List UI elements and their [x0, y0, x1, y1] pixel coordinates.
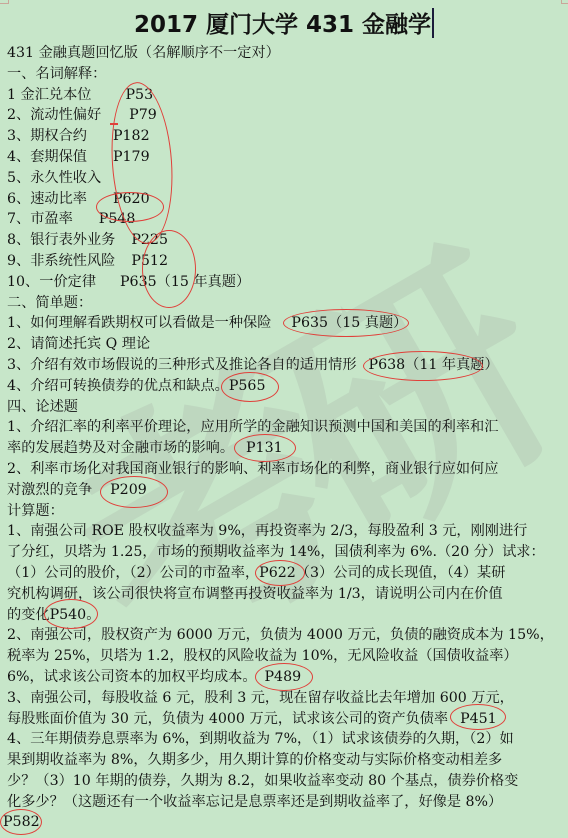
essay-item-2-line-2: 对激烈的竞争P209	[7, 480, 563, 501]
term-item-1: 1 金汇兑本位P53	[7, 85, 563, 106]
essay-item-1-line-1: 1、介绍汇率的利率平价理论，应用所学的金融知识预测中国和美国的利率和汇	[7, 417, 563, 438]
essay-item-1-line-2: 率的发展趋势及对金融市场的影响。P131	[7, 438, 563, 459]
term-text: 套期保值	[30, 149, 87, 165]
question-text: 每股账面价值为 30 元，负债为 4000 万元，试求该公司的资产负债率	[7, 711, 448, 727]
calc-q4-line-2: 果到期收益率为 8%，久期多少，用久期计算的价格变动与实际价格变动相差多	[7, 750, 563, 771]
term-text: 期权合约	[30, 128, 87, 144]
page-ref-text: P209	[110, 482, 147, 498]
term-item-9: 9、非系统性风险P512	[7, 251, 563, 272]
term-text: 速动比率	[30, 191, 87, 207]
title-text: 2017 厦门大学 431 金融学	[134, 12, 431, 38]
calc-q1-line-2: 了分红，贝塔为 1.25，市场的预期收益率为 14%，国债利率为 6%.（20 …	[7, 542, 563, 563]
term-item-4: 4、套期保值P179	[7, 147, 563, 168]
page-ref: P489	[265, 667, 302, 688]
question-text: （1）公司的股价，（2）公司的市盈率，	[7, 565, 259, 581]
term-item-8: 8、银行表外业务P225	[7, 230, 563, 251]
item-note: （15 年真题）	[157, 274, 251, 290]
short-answer-item-3: 3、介绍有效市场假说的三种形式及推论各自的适用情形P638（11 年真题）	[7, 355, 563, 376]
term-text: 金汇兑本位	[21, 87, 92, 103]
question-text: 6%，试求该公司资本的加权平均成本。	[7, 669, 257, 685]
section-heading-terms: 一、名词解释：	[7, 64, 563, 85]
page-ref: P540	[50, 605, 87, 626]
page-ref: P548	[99, 211, 136, 227]
subtitle: 431 金融真题回忆版（名解顺序不一定对）	[7, 43, 563, 64]
term-item-2: 2、流动性偏好P79	[7, 105, 563, 126]
term-text: 永久性收入	[30, 170, 101, 186]
item-number: 4、	[7, 149, 30, 165]
term-text: 一价定律	[39, 274, 96, 290]
page-ref-text: P540	[50, 607, 87, 623]
page-ref: P635	[120, 274, 157, 290]
calc-q4-line-1: 4、三年期债券息票率为 6%，到期收益为 7%，（1）试求该债券的久期，（2）如	[7, 729, 563, 750]
page-ref-text: P451	[460, 711, 497, 727]
page-ref: P582	[3, 812, 40, 833]
calc-q1-line-4: 究机构调研，该公司很快将宣布调整再投资收益率为 1/3，请说明公司内在价值	[7, 584, 563, 605]
page-ref-text: P635（15 真题）	[291, 315, 407, 331]
essay-item-2-line-1: 2、利率市场化对我国商业银行的影响、利率市场化的利弊，商业银行应如何应	[7, 459, 563, 480]
page-ref: P638（11 年真题）	[369, 355, 499, 376]
document-title[interactable]: 2017 厦门大学 431 金融学	[0, 6, 568, 39]
page-ref: P225	[131, 232, 168, 248]
term-item-3: 3、期权合约P182	[7, 126, 563, 147]
page-ref: P79	[129, 107, 157, 123]
section-heading-short-answer: 二、简单题：	[7, 293, 563, 314]
term-item-7: 7、市盈率P548	[7, 209, 563, 230]
item-number: 10、	[7, 274, 39, 290]
calc-q1-line-5: 的变化P540。	[7, 605, 563, 626]
short-answer-item-1: 1、如何理解看跌期权可以看做是一种保险P635（15 真题）	[7, 313, 563, 334]
calc-q4-line-3: 少？（3）10 年期的债券，久期为 8.2，如果收益率变动 80 个基点，债券价…	[7, 771, 563, 792]
page-ref-text: P565	[229, 378, 266, 394]
page-corner-mark-right	[561, 0, 568, 4]
page-ref-text: P638（11 年真题）	[369, 357, 499, 373]
page-ref-text: P622	[259, 565, 296, 581]
page-ref-text: P131	[246, 440, 283, 456]
question-text: 的变化	[7, 607, 50, 623]
item-number: 5、	[7, 170, 30, 186]
page-ref-text: P582	[3, 814, 40, 830]
question-text: 4、介绍可转换债券的优点和缺点。	[7, 378, 229, 394]
term-text: 银行表外业务	[30, 232, 115, 248]
page-ref: P53	[126, 87, 154, 103]
item-number: 8、	[7, 232, 30, 248]
term-text: 市盈率	[30, 211, 73, 227]
calc-q1-line-1: 1、南强公司 ROE 股权收益率为 9%，再投资率为 2/3，每股盈利 3 元，…	[7, 521, 563, 542]
page-ref: P565	[229, 376, 266, 397]
calc-q3-line-1: 3、南强公司，每股收益 6 元，股利 3 元，现在留存收益比去年增加 600 万…	[7, 688, 563, 709]
page-ref: P620	[113, 191, 150, 207]
annotation-tick-mark	[110, 123, 118, 125]
item-number: 3、	[7, 128, 30, 144]
term-text: 非系统性风险	[30, 253, 115, 269]
page-ref: P209	[110, 480, 147, 501]
page-ref: P179	[113, 149, 150, 165]
term-item-5: 5、永久性收入	[7, 168, 563, 189]
calc-q4-line-5: P582	[7, 812, 563, 833]
term-item-6: 6、速动比率P620	[7, 189, 563, 210]
punctuation: 。	[86, 607, 100, 623]
page-ref: P622	[259, 563, 296, 584]
calc-q2-line-1: 2、南强公司，股权资产为 6000 万元，负债为 4000 万元，负债的融资成本…	[7, 625, 563, 646]
question-text: 对激烈的竞争	[7, 482, 92, 498]
document-body[interactable]: 431 金融真题回忆版（名解顺序不一定对） 一、名词解释： 1 金汇兑本位P53…	[7, 43, 563, 833]
section-heading-calculation: 计算题：	[7, 501, 563, 522]
calc-q4-line-4: 化多少？（这题还有一个收益率忘记是息票率还是到期收益率了，好像是 8%）	[7, 792, 563, 813]
question-text: 3、介绍有效市场假说的三种形式及推论各自的适用情形	[7, 357, 357, 373]
item-number: 2、	[7, 107, 30, 123]
short-answer-item-4: 4、介绍可转换债券的优点和缺点。P565	[7, 376, 563, 397]
question-text: 率的发展趋势及对金融市场的影响。	[7, 440, 234, 456]
calc-q2-line-2: 税率为 25%，贝塔为 1.2，股权的风险收益为 10%，无风险收益（国债收益率…	[7, 646, 563, 667]
page-ref: P131	[246, 438, 283, 459]
item-number: 1	[7, 87, 21, 103]
page-corner-mark-left	[0, 0, 9, 4]
section-heading-essay: 四、论述题	[7, 397, 563, 418]
item-number: 9、	[7, 253, 30, 269]
item-number: 6、	[7, 191, 30, 207]
calc-q2-line-3: 6%，试求该公司资本的加权平均成本。P489	[7, 667, 563, 688]
item-number: 7、	[7, 211, 30, 227]
term-text: 流动性偏好	[30, 107, 101, 123]
page-ref: P451	[460, 709, 497, 730]
calc-q1-line-3: （1）公司的股价，（2）公司的市盈率，P622（3）公司的成长现值，（4）某研	[7, 563, 563, 584]
short-answer-item-2: 2、请简述托宾 Q 理论	[7, 334, 563, 355]
calc-q3-line-2: 每股账面价值为 30 元，负债为 4000 万元，试求该公司的资产负债率P451	[7, 709, 563, 730]
page-ref: P182	[113, 128, 150, 144]
page-ref: P635（15 真题）	[291, 313, 407, 334]
question-text: （3）公司的成长现值，（4）某研	[296, 565, 506, 581]
term-item-10: 10、一价定律P635（15 年真题）	[7, 272, 563, 293]
text-cursor	[432, 8, 434, 38]
page-ref: P512	[131, 253, 168, 269]
question-text: 1、如何理解看跌期权可以看做是一种保险	[7, 315, 271, 331]
page-ref-text: P489	[265, 669, 302, 685]
